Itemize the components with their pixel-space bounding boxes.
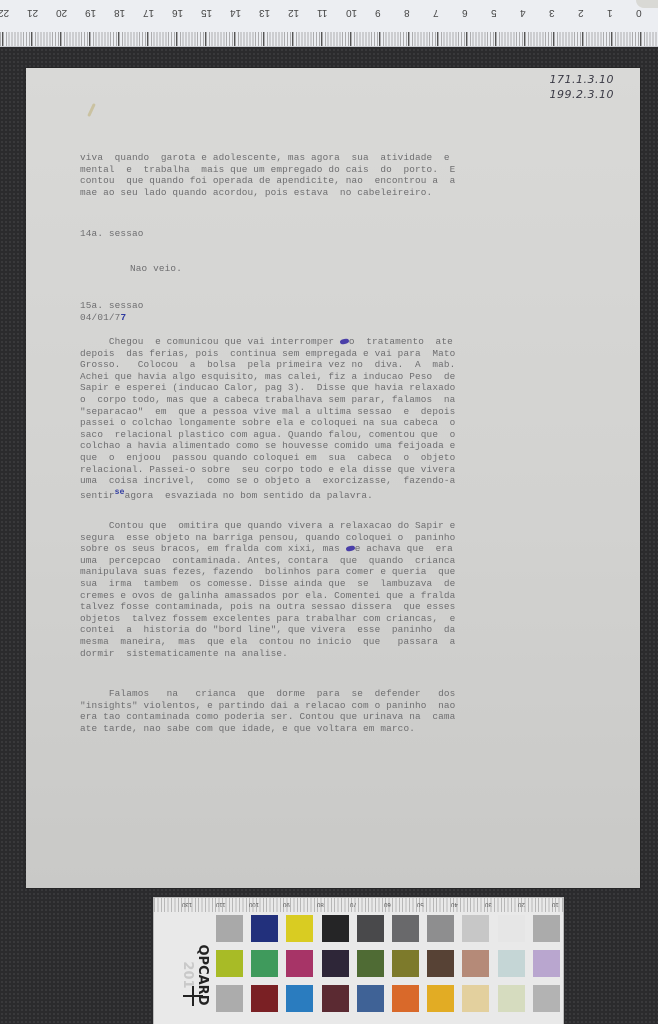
color-swatch [216, 985, 243, 1012]
card-scale-label: 90 [283, 901, 290, 907]
ruler-label: 5 [491, 7, 497, 18]
ruler-label: 14 [230, 7, 241, 18]
p1-last-end: agora esvaziada no bom sentido da palavr… [125, 490, 373, 501]
ruler-label: 0 [636, 7, 642, 18]
card-scale-label: 10 [552, 901, 559, 907]
card-scale-label: 130 [182, 901, 192, 907]
ruler-major-tick [524, 32, 525, 46]
p1-last-start: sentir [80, 490, 115, 501]
color-swatch [251, 915, 278, 942]
ruler-label: 21 [27, 7, 38, 18]
color-swatch-grid [216, 915, 560, 1012]
session-15-heading: 15a. sessao [80, 300, 596, 312]
card-scale-label: 80 [317, 901, 324, 907]
color-swatch [392, 950, 419, 977]
archive-ref-line-2: 199.2.3.10 [550, 87, 614, 102]
color-swatch [322, 985, 349, 1012]
color-swatch [498, 950, 525, 977]
ruler-label: 11 [317, 7, 327, 18]
color-swatch [286, 985, 313, 1012]
ruler-major-tick [147, 32, 148, 46]
card-scale-label: 40 [451, 901, 458, 907]
ruler-clip [636, 0, 658, 8]
color-swatch [498, 985, 525, 1012]
ruler-major-tick [379, 32, 380, 46]
color-swatch [251, 950, 278, 977]
p1-line1-start: Chegou e comunicou que vai interromper [80, 336, 340, 347]
handwritten-insert: se [115, 488, 125, 497]
ruler-major-tick [263, 32, 264, 46]
ruler-label: 19 [85, 7, 96, 18]
ruler-label: 6 [462, 7, 468, 18]
ruler-label: 18 [114, 7, 125, 18]
color-swatch [357, 915, 384, 942]
color-swatch [498, 915, 525, 942]
color-swatch [462, 985, 489, 1012]
session-14-heading: 14a. sessao [80, 228, 596, 240]
color-swatch [533, 950, 560, 977]
ruler-major-tick [31, 32, 32, 46]
ruler-major-tick [611, 32, 612, 46]
archive-ref-line-1: 171.1.3.10 [550, 72, 614, 87]
card-scale-label: 60 [384, 901, 391, 907]
ruler-label: 16 [172, 7, 183, 18]
session-15-paragraph-1: Chegou e comunicou que vai interromper o… [80, 336, 596, 501]
ruler-major-tick [60, 32, 61, 46]
session-14-note: Nao veio. [130, 263, 646, 275]
color-swatch [427, 985, 454, 1012]
card-scale-label: 110 [216, 901, 226, 907]
ruler-major-tick [89, 32, 90, 46]
ruler-label: 2 [578, 7, 584, 18]
ruler-major-tick [2, 32, 3, 46]
p2-blot-line-end: e achava que era [355, 543, 453, 554]
ruler-label: 8 [404, 7, 410, 18]
ruler-label: 10 [346, 7, 357, 18]
ruler-major-tick [495, 32, 496, 46]
ruler-label: 12 [288, 7, 299, 18]
typed-document-page: 171.1.3.10 199.2.3.10 viva quando garota… [26, 68, 640, 888]
ruler-major-tick [437, 32, 438, 46]
ruler-major-tick [553, 32, 554, 46]
ruler-major-tick [466, 32, 467, 46]
color-swatch [251, 985, 278, 1012]
color-swatch [216, 915, 243, 942]
color-swatch [286, 950, 313, 977]
session-15-paragraph-2: Contou que omitira que quando vivera a r… [80, 520, 596, 659]
color-swatch [533, 915, 560, 942]
card-scale-label: 20 [518, 901, 525, 907]
p1-body-lines: depois das ferias, pois continua sem emp… [80, 348, 455, 487]
ruler-major-tick [350, 32, 351, 46]
ink-blot-mark-2 [345, 545, 355, 552]
color-swatch [357, 950, 384, 977]
ruler-major-ticks [0, 32, 658, 46]
card-scale-label: 50 [417, 901, 424, 907]
session-15-date-typed: 04/01/7 [80, 312, 120, 323]
card-scale-label: 70 [350, 901, 357, 907]
color-swatch [322, 915, 349, 942]
ruler-label: 3 [549, 7, 555, 18]
card-version: 201 [180, 961, 195, 988]
ruler-major-tick [582, 32, 583, 46]
ruler-label: 20 [56, 7, 67, 18]
card-scale-label: 30 [485, 901, 492, 907]
card-brand: QPCARD 201 [180, 930, 210, 1020]
color-swatch [462, 915, 489, 942]
color-swatch [427, 915, 454, 942]
ruler-major-tick [176, 32, 177, 46]
ruler-label: 22 [0, 7, 9, 18]
ink-blot-mark [340, 338, 350, 345]
color-swatch [357, 985, 384, 1012]
ruler-major-tick [118, 32, 119, 46]
ruler-major-tick [234, 32, 235, 46]
measuring-ruler: 012345678910111213141516171819202122 [0, 0, 658, 47]
continuation-paragraph: viva quando garota e adolescente, mas ag… [80, 152, 596, 198]
crosshair-icon [183, 986, 203, 1006]
ruler-label: 1 [607, 7, 613, 18]
color-swatch [216, 950, 243, 977]
ruler-label: 15 [201, 7, 212, 18]
p2-lines-b: uma percepcao contaminada. Antes, contar… [80, 555, 455, 659]
p1-line1-end: o tratamento ate [349, 336, 453, 347]
color-calibration-card: 130110100908070605040302010 QPCARD 201 [153, 897, 564, 1024]
session-15-date: 04/01/77 [80, 312, 596, 324]
color-swatch [462, 950, 489, 977]
ruler-label: 9 [375, 7, 381, 18]
ruler-major-tick [640, 32, 641, 46]
card-scale-label: 100 [249, 901, 259, 907]
color-swatch [322, 950, 349, 977]
ruler-label: 17 [143, 7, 154, 18]
ruler-major-tick [205, 32, 206, 46]
ruler-label: 13 [259, 7, 270, 18]
ruler-major-tick [408, 32, 409, 46]
archive-reference: 171.1.3.10 199.2.3.10 [550, 72, 614, 102]
color-swatch [427, 950, 454, 977]
paper-stain [87, 103, 96, 117]
color-swatch [392, 915, 419, 942]
handwritten-date-correction: 7 [120, 312, 126, 323]
p2-lines-a: Contou que omitira que quando vivera a r… [80, 520, 455, 543]
color-swatch [286, 915, 313, 942]
ruler-label: 7 [433, 7, 439, 18]
session-15-paragraph-3: Falamos na crianca que dorme para se def… [80, 688, 596, 734]
ruler-major-tick [292, 32, 293, 46]
color-swatch [392, 985, 419, 1012]
p2-blot-line-start: sobre os seus bracos, em fralda com xixi… [80, 543, 346, 554]
ruler-major-tick [321, 32, 322, 46]
color-swatch [533, 985, 560, 1012]
ruler-label: 4 [520, 7, 526, 18]
